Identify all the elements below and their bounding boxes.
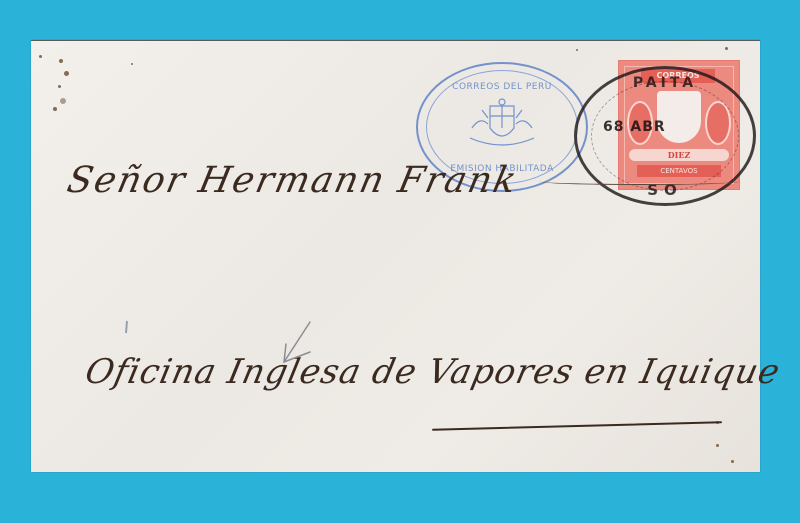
postmark-town-text: PAITA	[577, 75, 753, 91]
foxing-spot	[64, 71, 69, 76]
foxing-spot	[60, 98, 66, 104]
postmark-inner-ring	[591, 81, 739, 191]
foxing-spot	[59, 59, 63, 63]
foxing-spot	[576, 49, 578, 51]
addressee-swash	[540, 178, 740, 185]
arrow-icon	[270, 318, 320, 368]
foxing-spot	[725, 47, 728, 50]
address-handwriting: Oficina Inglesa de Vapores en Iquique	[82, 352, 784, 392]
pencil-mark-icon	[122, 320, 132, 334]
postmark: PAITA 68 ABR SO	[574, 66, 756, 206]
cachet-top-text: CORREOS DEL PERU	[418, 82, 586, 92]
foxing-spot	[716, 444, 719, 447]
foxing-spot	[731, 460, 734, 463]
foxing-spot	[39, 55, 42, 58]
foxing-spot	[53, 107, 57, 111]
foxing-spot	[131, 63, 133, 65]
addressee-handwriting: Señor Hermann Frank	[64, 160, 522, 201]
coat-of-arms-icon	[462, 98, 542, 154]
postmark-date-text: 68 ABR	[603, 119, 666, 135]
foxing-spot	[58, 85, 61, 88]
